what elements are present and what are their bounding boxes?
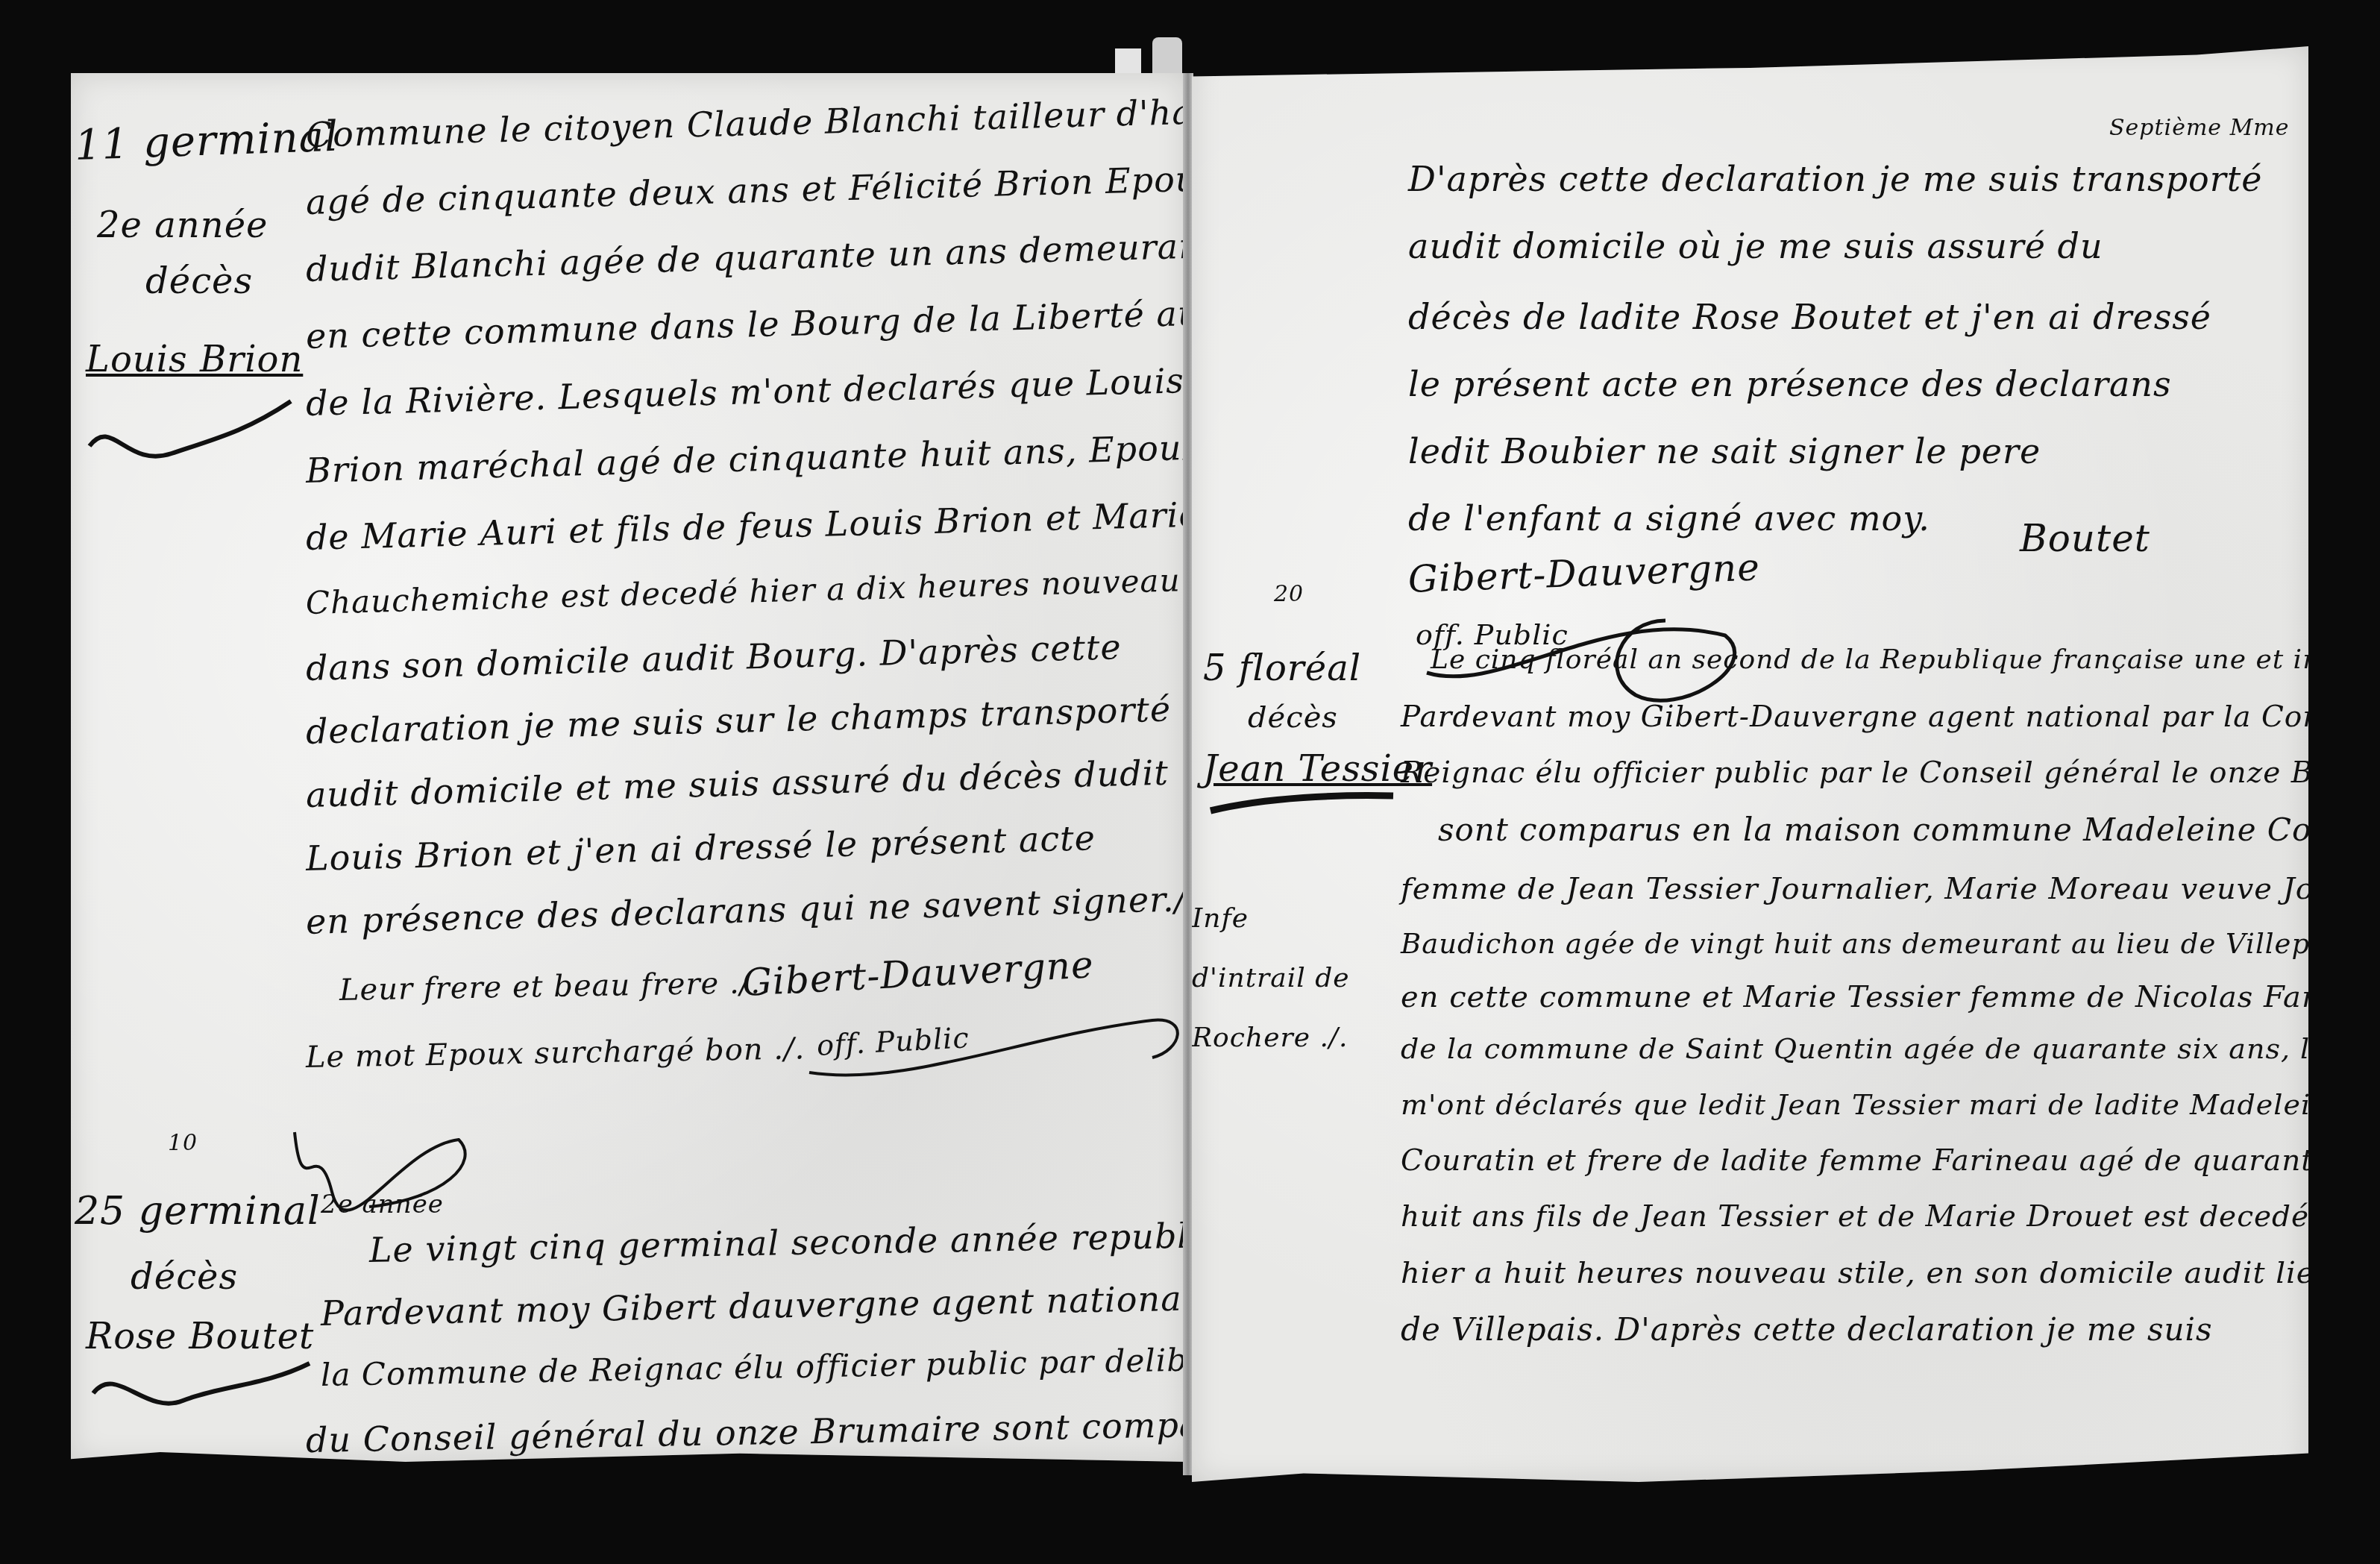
text-line: Pardevant moy Gibert-Dauvergne agent nat… <box>1401 703 2380 732</box>
text-line: décès de ladite Rose Boutet et j'en ai d… <box>1408 300 2211 334</box>
binding-tab <box>1115 48 1141 75</box>
text-line: sont comparus en la maison commune Madel… <box>1438 814 2380 846</box>
text-line: declaration je me suis sur le champs tra… <box>305 692 1171 749</box>
text-line: de l'enfant a signé avec moy. <box>1408 501 1930 536</box>
margin-name: Jean Tessier <box>1203 751 1432 787</box>
entry-number: 10 <box>168 1132 198 1155</box>
text-line: Commune le citoyen Claude Blanchi taille… <box>305 92 1260 151</box>
text-line: dans son domicile audit Bourg. D'après c… <box>305 629 1122 685</box>
text-line: Brion maréchal agé de cinquante huit ans… <box>305 430 1202 488</box>
text-line: Louis Brion et j'en ai dressé le présent… <box>305 820 1096 876</box>
margin-name: Rose Boutet <box>86 1319 314 1354</box>
left-page: 11 germinal 2e année décès Louis Brion C… <box>71 73 1186 1462</box>
text-line: Reignac élu officier public par le Conse… <box>1401 759 2380 788</box>
text-line: Le cinq floréal an second de la Republiq… <box>1431 647 2380 673</box>
text-line: Pardevant moy Gibert dauvergne agent nat… <box>321 1279 1285 1331</box>
text-line: m'ont déclarés que ledit Jean Tessier ma… <box>1401 1090 2347 1119</box>
text-line: Chauchemiche est decedé hier a dix heure… <box>305 562 1272 619</box>
margin-year: 2e année <box>97 207 268 243</box>
marginal-note: Le mot Epoux surchargé bon ./. <box>306 1034 806 1072</box>
text-line: agé de cinquante deux ans et Félicité Br… <box>305 160 1237 219</box>
text-line: en présence des declarans qui ne savent … <box>305 882 1199 939</box>
binding-knot <box>1152 37 1182 75</box>
text-line: du Conseil général du onze Brumaire sont… <box>306 1406 1296 1457</box>
text-line: Couratin et frere de ladite femme Farine… <box>1401 1146 2367 1175</box>
text-line: D'après cette declaration je me suis tra… <box>1408 162 2262 196</box>
margin-kind: décès <box>1248 703 1338 732</box>
signature-flourish <box>802 1005 1190 1095</box>
text-line: dudit Blanchi agée de quarante un ans de… <box>305 228 1216 286</box>
signature-boutet: Boutet <box>2020 520 2150 557</box>
text-line: de la commune de Saint Quentin agée de q… <box>1401 1034 2380 1063</box>
margin-note: Infe d'intrail de Rochere ./. <box>1192 889 1363 1068</box>
margin-flourish <box>86 1356 324 1430</box>
marginal-note: Leur frere et beau frere ./. <box>339 968 762 1005</box>
text-line: de la Rivière. Lesquels m'ont declarés q… <box>305 362 1208 421</box>
margin-name: Louis Brion <box>86 342 303 377</box>
header-note: Septième Mme <box>2109 117 2290 139</box>
text-line: le présent acte en présence des declaran… <box>1408 367 2172 401</box>
text-line: femme de Jean Tessier Journalier, Marie … <box>1401 874 2380 904</box>
margin-date: 11 germinal <box>74 116 339 167</box>
margin-flourish <box>82 386 306 476</box>
margin-kind: décès <box>145 263 253 299</box>
text-line: audit domicile où je me suis assuré du <box>1408 229 2103 263</box>
page-gutter <box>1183 73 1193 1475</box>
entry-number: 20 <box>1274 583 1304 606</box>
text-line: en cette commune et Marie Tessier femme … <box>1401 982 2380 1012</box>
text-line: audit domicile et me suis assuré du décè… <box>305 756 1169 812</box>
text-line: Le vingt cinq germinal seconde année rep… <box>369 1216 1298 1267</box>
binding-thread <box>1115 30 1182 75</box>
text-line: huit ans fils de Jean Tessier et de Mari… <box>1401 1202 2309 1231</box>
text-line: de Marie Auri et fils de feus Louis Brio… <box>305 497 1200 555</box>
margin-year: 2e année <box>321 1192 444 1217</box>
right-page: Septième Mme D'après cette declaration j… <box>1192 46 2308 1482</box>
text-line: la Commune de Reignac élu officier publi… <box>321 1342 1307 1391</box>
text-line: hier a huit heures nouveau stile, en son… <box>1401 1258 2335 1288</box>
margin-kind: décès <box>131 1259 238 1295</box>
text-line: de Villepais. D'après cette declaration … <box>1401 1314 2212 1345</box>
signature-name: Gibert-Dauvergne <box>741 946 1095 1002</box>
margin-date: 5 floréal <box>1203 650 1361 686</box>
margin-date: 25 germinal <box>75 1192 321 1231</box>
margin-underline <box>1207 788 1401 818</box>
text-line: ledit Boubier ne sait signer le pere <box>1408 434 2041 468</box>
text-line: Baudichon agée de vingt huit ans demeura… <box>1401 930 2352 958</box>
text-line: en cette commune dans le Bourg de la Lib… <box>305 293 1292 354</box>
